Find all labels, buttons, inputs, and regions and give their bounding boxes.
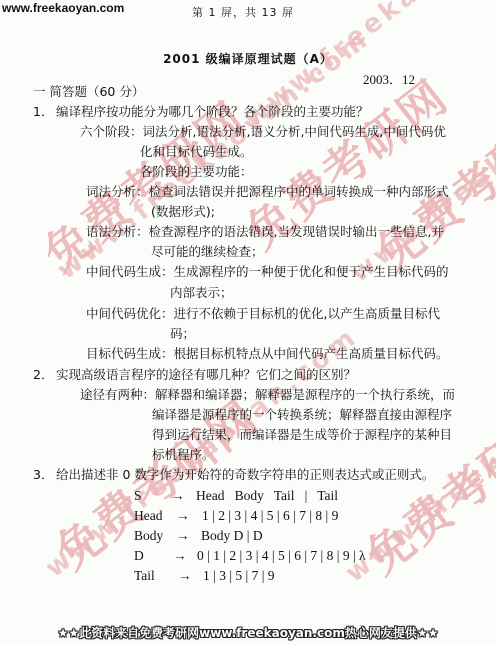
grammar-lhs: Body <box>134 527 163 545</box>
answer-line: 标机程序。 <box>152 446 215 464</box>
site-url[interactable]: www.freekaoyan.com <box>2 1 124 15</box>
question-text: 编译程序按功能分为哪几个阶段？各个阶段的主要功能？ <box>56 103 369 121</box>
footer-banner: ★★此资料来自免费考研网www.freekaoyan.com热心网友提供★★ <box>0 624 496 641</box>
grammar-lhs: Head <box>134 507 162 525</box>
answer-line: 中间代码生成：生成源程序的一种便于优化和便于产生目标代码的 <box>86 263 449 281</box>
question-number: 3． <box>33 466 53 484</box>
grammar-arrow: → <box>178 567 192 585</box>
question-number: 2． <box>33 366 53 384</box>
answer-line: 码； <box>170 325 195 343</box>
answer-line: (数据形式); <box>151 203 215 221</box>
grammar-arrow: → <box>173 547 187 565</box>
page-indicator: 第 1 屏，共 13 屏 <box>192 4 294 20</box>
answer-line: 词法分析：检查词法错误并把源程序中的单词转换成一种内部形式 <box>86 183 449 201</box>
answer-line: 尽可能的继续检查； <box>151 243 264 261</box>
answer-line: 中间代码优化：进行不依赖于目标机的优化,以产生高质量目标代 <box>86 305 440 323</box>
answer-line: 内部表示； <box>170 284 233 302</box>
grammar-arrow: → <box>176 507 190 525</box>
document-title: 2001 级编译原理试题（A） <box>0 50 496 67</box>
answer-line: 六个阶段：词法分析,语法分析,语义分析,中间代码生成,中间代码优 <box>80 123 446 141</box>
document-date: 2003．12 <box>363 69 415 88</box>
grammar-rhs: 1 | 3 | 5 | 7 | 9 <box>203 567 275 585</box>
section-heading: 一 简答题（60 分） <box>33 83 144 101</box>
answer-line: 语法分析：检查源程序的语法错误,当发现错误时输出一些信息,并 <box>86 223 444 241</box>
question-text: 给出描述非 0 数字作为开始符的奇数字符串的正则表达式或正则式。 <box>56 466 434 484</box>
answer-line: 化和目标代码生成。 <box>140 143 253 161</box>
answer-line: 各阶段的主要功能： <box>140 163 253 181</box>
grammar-lhs: Tail <box>134 567 155 585</box>
grammar-rhs: Head Body Tail | Tail <box>196 487 338 505</box>
question-text: 实现高级语言程序的途径有哪几种？它们之间的区别？ <box>56 366 356 384</box>
grammar-lhs: D <box>134 547 144 565</box>
grammar-rhs: 1 | 2 | 3 | 4 | 5 | 6 | 7 | 8 | 9 <box>202 507 338 525</box>
grammar-arrow: → <box>171 487 185 505</box>
document-page: www.freekaoyan.com 第 1 屏，共 13 屏 2001 级编译… <box>0 0 496 645</box>
question-number: 1． <box>33 103 53 121</box>
grammar-rhs: Body D | D <box>201 527 263 545</box>
answer-line: 编译器是源程序的一个转换系统；解释器直接由源程序 <box>152 406 452 424</box>
answer-line: 途径有两种：解释器和编译器；解释器是源程序的一个执行系统，而 <box>80 386 455 404</box>
grammar-arrow: → <box>176 527 190 545</box>
grammar-lhs: S <box>134 487 142 505</box>
answer-line: 目标代码生成：根据目标机特点从中间代码产生高质量目标代码。 <box>86 345 449 363</box>
grammar-rhs: 0 | 1 | 2 | 3 | 4 | 5 | 6 | 7 | 8 | 9 | … <box>197 547 366 565</box>
answer-line: 得到运行结果，而编译器是生成等价于源程序的某种目 <box>152 426 452 444</box>
